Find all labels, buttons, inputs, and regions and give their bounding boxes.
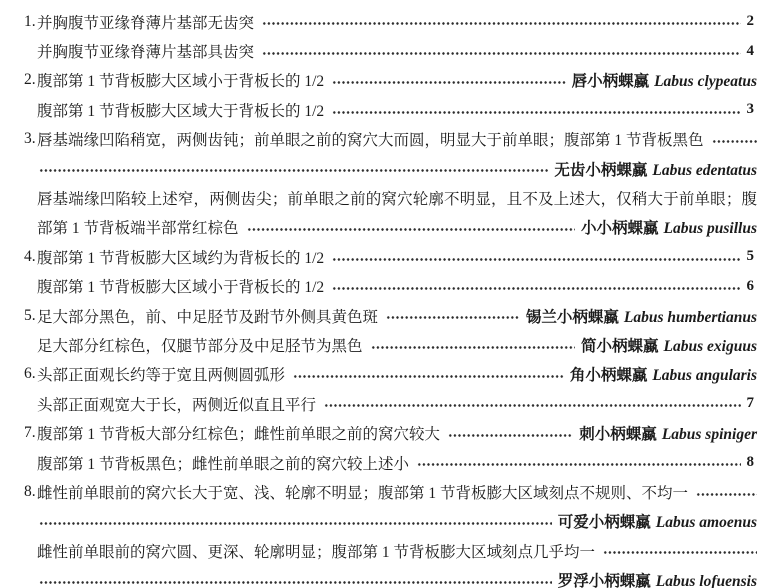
key-line: 唇基端缘凹陷较上述窄，两侧齿尖；前单眼之前的窝穴轮廓不明显，且不及上述大，仅稍大… bbox=[24, 183, 757, 212]
key-line: 并胸腹节亚缘脊薄片基部具齿突 4 bbox=[24, 36, 757, 65]
species-name-cn: 简小柄蜾蠃 bbox=[581, 338, 659, 355]
key-line: 3. 唇基端缘凹陷稍宽，两侧齿钝；前单眼之前的窝穴大而圆，明显大于前单眼；腹部第… bbox=[24, 125, 757, 154]
key-line: 2. 腹部第 1 节背板膨大区域小于背板长的 1/2 唇小柄蜾蠃Labus cl… bbox=[24, 66, 757, 95]
dot-leader bbox=[696, 477, 757, 506]
couplet-number: 7. bbox=[24, 424, 37, 442]
key-lines-container: 1. 并胸腹节亚缘脊薄片基部无齿突 2 并胸腹节亚缘脊薄片基部具齿突 4 2. … bbox=[24, 7, 757, 588]
key-line: 可爱小柄蜾蠃Labus amoenus bbox=[24, 507, 757, 536]
species-name-latin: Labus amoenus bbox=[656, 514, 757, 531]
taxonomic-key-page: 1. 并胸腹节亚缘脊薄片基部无齿突 2 并胸腹节亚缘脊薄片基部具齿突 4 2. … bbox=[0, 0, 767, 588]
species-name: 可爱小柄蜾蠃Labus amoenus bbox=[558, 510, 757, 532]
line-text: 腹部第 1 节背板膨大区域小于背板长的 1/2 bbox=[37, 69, 324, 91]
species-name: 锡兰小柄蜾蠃Labus humbertianus bbox=[526, 305, 757, 327]
species-name-cn: 无齿小柄蜾蠃 bbox=[554, 162, 647, 179]
key-line: 8. 雌性前单眼前的窝穴长大于宽、浅、轮廓不明显；腹部第 1 节背板膨大区域刻点… bbox=[24, 477, 757, 506]
dot-leader bbox=[39, 154, 548, 183]
couplet-number: 5. bbox=[24, 307, 37, 325]
dot-leader bbox=[262, 36, 740, 65]
line-text: 腹部第 1 节背板膨大区域大于背板长的 1/2 bbox=[37, 99, 324, 121]
line-text: 腹部第 1 节背板黑色；雌性前单眼之前的窝穴较上述小 bbox=[37, 452, 409, 474]
dot-leader bbox=[332, 66, 565, 95]
dot-leader bbox=[386, 301, 520, 330]
line-text: 头部正面观宽大于长，两侧近似直且平行 bbox=[37, 393, 316, 415]
line-text: 足大部分黑色，前、中足胫节及跗节外侧具黄色斑 bbox=[37, 305, 378, 327]
species-name-latin: Labus clypeatus bbox=[654, 73, 757, 90]
species-name: 角小柄蜾蠃Labus angularis bbox=[570, 363, 757, 385]
line-text: 足大部分红棕色，仅腿节部分及中足胫节为黑色 bbox=[37, 334, 363, 356]
dot-leader bbox=[603, 536, 757, 565]
species-name-latin: Labus edentatus bbox=[652, 162, 757, 179]
ref-number: 2 bbox=[747, 13, 758, 30]
species-name-latin: Labus pusillus bbox=[664, 220, 757, 237]
species-name-latin: Labus spiniger bbox=[662, 426, 757, 443]
key-line: 4. 腹部第 1 节背板膨大区域约为背板长的 1/2 5 bbox=[24, 242, 757, 271]
dot-leader bbox=[39, 507, 552, 536]
ref-number: 7 bbox=[747, 395, 758, 412]
dot-leader bbox=[448, 418, 573, 447]
dot-leader bbox=[324, 389, 740, 418]
line-text: 唇基端缘凹陷稍宽，两侧齿钝；前单眼之前的窝穴大而圆，明显大于前单眼；腹部第 1 … bbox=[37, 128, 704, 150]
line-text: 雌性前单眼前的窝穴圆、更深、轮廓明显；腹部第 1 节背板膨大区域刻点几乎均一 bbox=[37, 540, 595, 562]
line-text: 头部正面观长约等于宽且两侧圆弧形 bbox=[37, 363, 285, 385]
ref-number: 6 bbox=[747, 278, 758, 295]
dot-leader bbox=[417, 448, 740, 477]
species-name: 简小柄蜾蠃Labus exiguus bbox=[581, 334, 757, 356]
key-line: 雌性前单眼前的窝穴圆、更深、轮廓明显；腹部第 1 节背板膨大区域刻点几乎均一 bbox=[24, 536, 757, 565]
ref-number: 4 bbox=[747, 43, 758, 60]
couplet-number: 1. bbox=[24, 13, 37, 31]
dot-leader bbox=[371, 330, 576, 359]
species-name: 小小柄蜾蠃Labus pusillus bbox=[581, 216, 757, 238]
dot-leader bbox=[332, 272, 740, 301]
key-line: 足大部分红棕色，仅腿节部分及中足胫节为黑色 简小柄蜾蠃Labus exiguus bbox=[24, 330, 757, 359]
key-line: 部第 1 节背板端半部常红棕色 小小柄蜾蠃Labus pusillus bbox=[24, 213, 757, 242]
couplet-number: 2. bbox=[24, 71, 37, 89]
ref-number: 5 bbox=[747, 248, 758, 265]
ref-number: 8 bbox=[747, 454, 758, 471]
species-name-latin: Labus angularis bbox=[652, 367, 757, 384]
species-name-cn: 罗浮小柄蜾蠃 bbox=[558, 573, 651, 588]
species-name-latin: Labus humbertianus bbox=[624, 309, 757, 326]
ref-number: 3 bbox=[747, 101, 758, 118]
species-name: 无齿小柄蜾蠃Labus edentatus bbox=[554, 158, 757, 180]
couplet-number: 3. bbox=[24, 130, 37, 148]
couplet-number: 6. bbox=[24, 365, 37, 383]
line-text: 并胸腹节亚缘脊薄片基部无齿突 bbox=[37, 11, 254, 33]
dot-leader bbox=[332, 242, 740, 271]
line-text: 腹部第 1 节背板膨大区域约为背板长的 1/2 bbox=[37, 246, 324, 268]
dot-leader bbox=[712, 125, 757, 154]
species-name-cn: 小小柄蜾蠃 bbox=[581, 220, 659, 237]
dot-leader bbox=[332, 95, 740, 124]
dot-leader bbox=[39, 565, 552, 588]
key-line: 5. 足大部分黑色，前、中足胫节及跗节外侧具黄色斑 锡兰小柄蜾蠃Labus hu… bbox=[24, 301, 757, 330]
couplet-number: 8. bbox=[24, 483, 37, 501]
key-line: 腹部第 1 节背板黑色；雌性前单眼之前的窝穴较上述小 8 bbox=[24, 448, 757, 477]
dot-leader bbox=[293, 360, 564, 389]
species-name: 刺小柄蜾蠃Labus spiniger bbox=[579, 422, 757, 444]
line-text: 腹部第 1 节背板大部分红棕色；雌性前单眼之前的窝穴较大 bbox=[37, 422, 440, 444]
species-name-cn: 锡兰小柄蜾蠃 bbox=[526, 309, 619, 326]
species-name-cn: 唇小柄蜾蠃 bbox=[572, 73, 650, 90]
line-text: 雌性前单眼前的窝穴长大于宽、浅、轮廓不明显；腹部第 1 节背板膨大区域刻点不规则… bbox=[37, 481, 688, 503]
key-line: 腹部第 1 节背板膨大区域小于背板长的 1/2 6 bbox=[24, 272, 757, 301]
key-line: 6. 头部正面观长约等于宽且两侧圆弧形 角小柄蜾蠃Labus angularis bbox=[24, 360, 757, 389]
line-text: 唇基端缘凹陷较上述窄，两侧齿尖；前单眼之前的窝穴轮廓不明显，且不及上述大，仅稍大… bbox=[37, 187, 757, 209]
dot-leader bbox=[247, 213, 575, 242]
key-line: 7. 腹部第 1 节背板大部分红棕色；雌性前单眼之前的窝穴较大 刺小柄蜾蠃Lab… bbox=[24, 418, 757, 447]
dot-leader bbox=[262, 7, 740, 36]
species-name-cn: 刺小柄蜾蠃 bbox=[579, 426, 657, 443]
species-name-latin: Labus exiguus bbox=[664, 338, 757, 355]
species-name-cn: 角小柄蜾蠃 bbox=[570, 367, 648, 384]
key-line: 头部正面观宽大于长，两侧近似直且平行 7 bbox=[24, 389, 757, 418]
key-line: 1. 并胸腹节亚缘脊薄片基部无齿突 2 bbox=[24, 7, 757, 36]
key-line: 罗浮小柄蜾蠃Labus lofuensis bbox=[24, 565, 757, 588]
key-line: 无齿小柄蜾蠃Labus edentatus bbox=[24, 154, 757, 183]
line-text: 并胸腹节亚缘脊薄片基部具齿突 bbox=[37, 40, 254, 62]
line-text: 腹部第 1 节背板膨大区域小于背板长的 1/2 bbox=[37, 275, 324, 297]
species-name-cn: 可爱小柄蜾蠃 bbox=[558, 514, 651, 531]
key-line: 腹部第 1 节背板膨大区域大于背板长的 1/2 3 bbox=[24, 95, 757, 124]
line-text: 部第 1 节背板端半部常红棕色 bbox=[37, 216, 239, 238]
species-name-latin: Labus lofuensis bbox=[656, 573, 757, 588]
couplet-number: 4. bbox=[24, 248, 37, 266]
species-name: 唇小柄蜾蠃Labus clypeatus bbox=[572, 69, 757, 91]
species-name: 罗浮小柄蜾蠃Labus lofuensis bbox=[558, 569, 757, 588]
